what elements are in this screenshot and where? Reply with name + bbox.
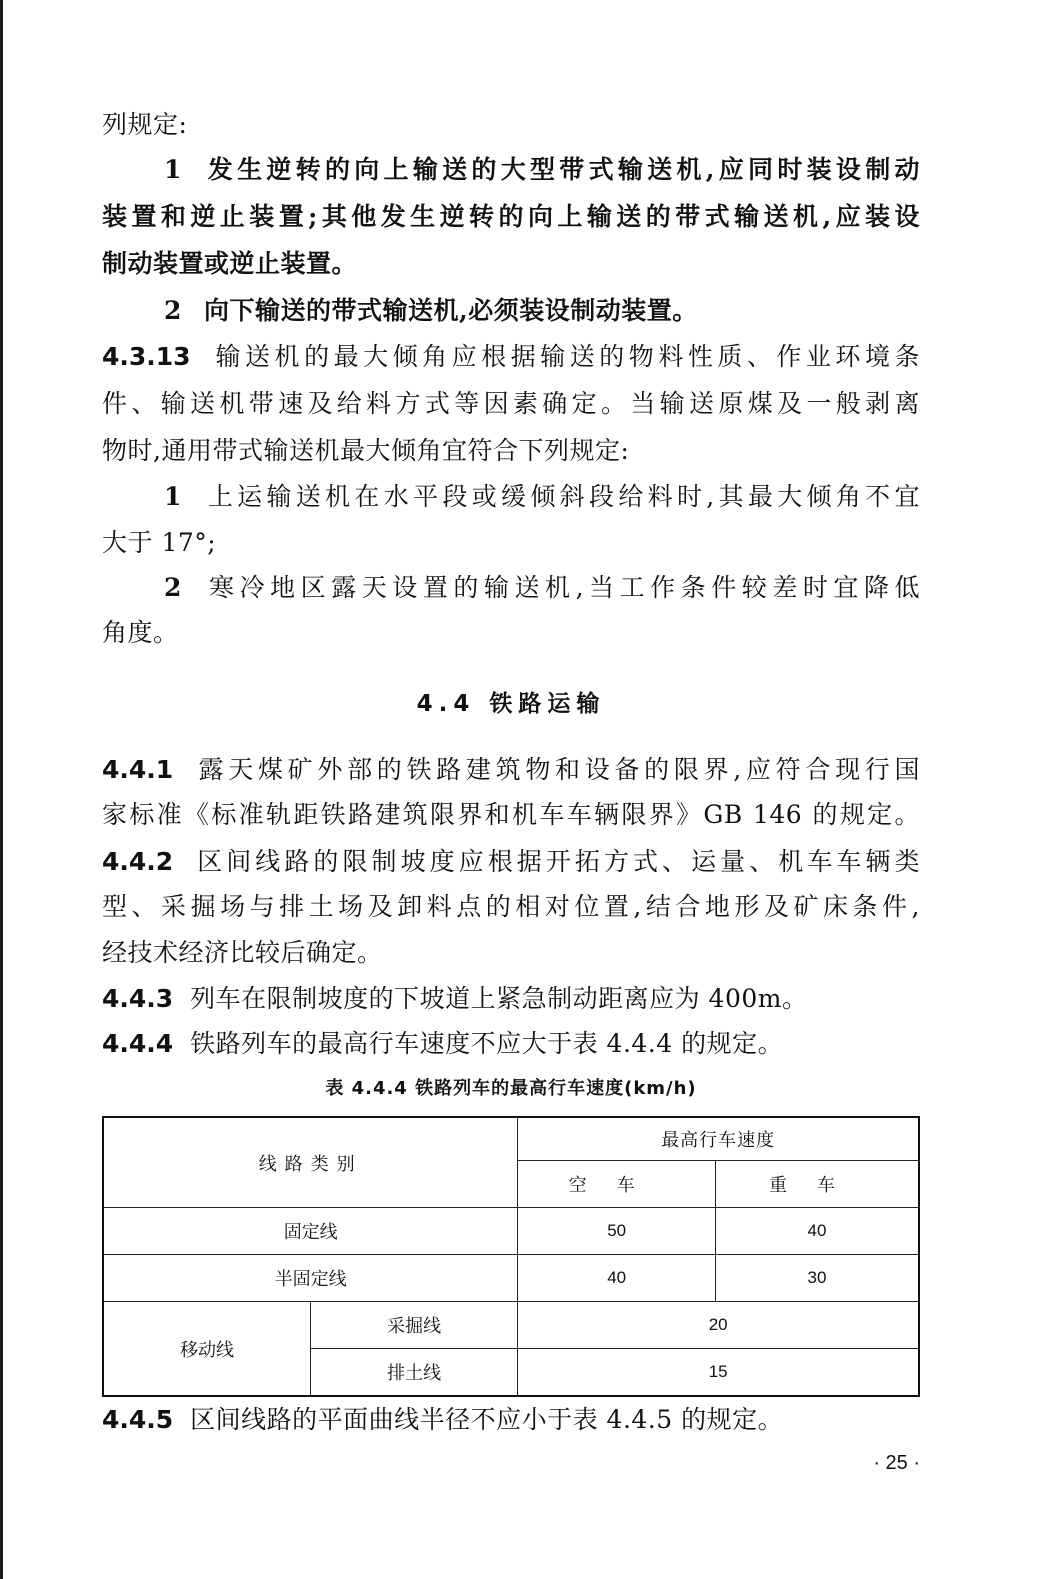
section-heading: 4.4 铁路运输 — [102, 685, 920, 718]
cell-loaded-speed: 40 — [715, 1208, 919, 1255]
cell-loaded-speed: 30 — [715, 1255, 919, 1302]
text-line: 列规定: — [102, 110, 187, 139]
speed-limit-table: 线路类别 最高行车速度 空车 重车 固定线 50 40 半固定线 40 30 移… — [102, 1116, 920, 1397]
item-number: 2 — [164, 573, 204, 603]
row-category: 半固定线 — [103, 1255, 518, 1302]
text-line: 露天煤矿外部的铁路建筑物和设备的限界,应符合现行国 — [199, 755, 920, 784]
cell-speed: 20 — [518, 1302, 919, 1349]
item-number: 2 — [164, 296, 204, 326]
text-line: 大于 17°; — [102, 528, 216, 557]
clause-4-3-13-item-2-cont: 角度。 — [102, 618, 920, 648]
clause-4-3-13-item-2: 2寒冷地区露天设置的输送机,当工作条件较差时宜降低 — [102, 573, 920, 603]
clause-4-4-5: 4.4.5 区间线路的平面曲线半径不应小于表 4.4.5 的规定。 — [102, 1405, 920, 1435]
header-empty-train: 空车 — [518, 1161, 716, 1208]
text-line: 件、输送机带速及给料方式等因素确定。当输送原煤及一般剥离 — [102, 389, 920, 418]
clause-4-4-2-cont: 型、采掘场与排土场及卸料点的相对位置,结合地形及矿床条件, — [102, 892, 920, 922]
header-line-category: 线路类别 — [103, 1117, 518, 1208]
clause-number: 4.4.2 — [102, 847, 173, 876]
text-line: 角度。 — [102, 618, 179, 647]
row-subcategory: 采掘线 — [310, 1302, 517, 1349]
cell-empty-speed: 50 — [518, 1208, 716, 1255]
table-header-row: 线路类别 最高行车速度 — [103, 1117, 919, 1161]
table-row: 移动线 采掘线 20 — [103, 1302, 919, 1349]
text-line: 区间线路的限制坡度应根据开拓方式、运量、机车车辆类 — [197, 847, 920, 876]
clause-number: 4.4.3 — [102, 984, 173, 1013]
text-line: 发生逆转的向上输送的大型带式输送机,应同时装设制动 — [204, 155, 920, 184]
clause-4-3-13-item-1-cont: 大于 17°; — [102, 528, 920, 558]
list-item-1-cont: 制动装置或逆止装置。 — [102, 249, 920, 279]
list-item-2: 2向下输送的带式输送机,必须装设制动装置。 — [102, 296, 920, 326]
clause-number: 4.4.4 — [102, 1029, 173, 1058]
table-row: 半固定线 40 30 — [103, 1255, 919, 1302]
page-number: · 25 · — [102, 1452, 920, 1475]
clause-4-4-4: 4.4.4 铁路列车的最高行车速度不应大于表 4.4.4 的规定。 — [102, 1029, 920, 1059]
table-row: 固定线 50 40 — [103, 1208, 919, 1255]
table-caption: 表 4.4.4 铁路列车的最高行车速度(km/h) — [102, 1074, 920, 1100]
clause-4-3-13-item-1: 1上运输送机在水平段或缓倾斜段给料时,其最大倾角不宜 — [102, 482, 920, 512]
row-category-mobile: 移动线 — [103, 1302, 310, 1397]
row-subcategory: 排土线 — [310, 1349, 517, 1397]
text-line: 经技术经济比较后确定。 — [102, 938, 383, 967]
header-loaded-train: 重车 — [715, 1161, 919, 1208]
cell-speed: 15 — [518, 1349, 919, 1397]
clause-number: 4.4.1 — [102, 755, 173, 784]
row-category: 固定线 — [103, 1208, 518, 1255]
list-item-1: 1发生逆转的向上输送的大型带式输送机,应同时装设制动 — [102, 155, 920, 185]
clause-4-4-2: 4.4.2 区间线路的限制坡度应根据开拓方式、运量、机车车辆类 — [102, 847, 920, 877]
item-number: 1 — [164, 482, 204, 512]
clause-4-4-3: 4.4.3 列车在限制坡度的下坡道上紧急制动距离应为 400m。 — [102, 984, 920, 1014]
text-line: 输送机的最大倾角应根据输送的物料性质、作业环境条 — [216, 342, 920, 371]
text-line: 制动装置或逆止装置。 — [102, 249, 357, 278]
clause-4-4-1: 4.4.1 露天煤矿外部的铁路建筑物和设备的限界,应符合现行国 — [102, 755, 920, 785]
clause-4-4-2-cont: 经技术经济比较后确定。 — [102, 938, 920, 968]
clause-4-3-13-cont: 件、输送机带速及给料方式等因素确定。当输送原煤及一般剥离 — [102, 389, 920, 419]
text-line: 上运输送机在水平段或缓倾斜段给料时,其最大倾角不宜 — [204, 482, 920, 511]
clause-4-4-1-cont: 家标准《标准轨距铁路建筑限界和机车车辆限界》GB 146 的规定。 — [102, 800, 920, 830]
list-item-1-cont: 装置和逆止装置;其他发生逆转的向上输送的带式输送机,应装设 — [102, 202, 920, 232]
text-line: 装置和逆止装置;其他发生逆转的向上输送的带式输送机,应装设 — [102, 202, 920, 231]
text-line: 铁路列车的最高行车速度不应大于表 4.4.4 的规定。 — [190, 1029, 783, 1058]
clause-number: 4.4.5 — [102, 1405, 173, 1434]
clause-4-3-13-cont: 物时,通用带式输送机最大倾角宜符合下列规定: — [102, 436, 920, 466]
header-max-speed: 最高行车速度 — [518, 1117, 919, 1161]
page-left-edge-border — [0, 0, 3, 1579]
text-line: 列车在限制坡度的下坡道上紧急制动距离应为 400m。 — [190, 984, 807, 1013]
text-line: 物时,通用带式输送机最大倾角宜符合下列规定: — [102, 436, 629, 465]
text-line: 家标准《标准轨距铁路建筑限界和机车车辆限界》GB 146 的规定。 — [102, 800, 920, 829]
text-line: 向下输送的带式输送机,必须装设制动装置。 — [204, 296, 698, 325]
text-line: 区间线路的平面曲线半径不应小于表 4.4.5 的规定。 — [190, 1405, 783, 1434]
clause-4-3-13: 4.3.13 输送机的最大倾角应根据输送的物料性质、作业环境条 — [102, 342, 920, 372]
text-line: 寒冷地区露天设置的输送机,当工作条件较差时宜降低 — [204, 573, 920, 602]
item-number: 1 — [164, 155, 204, 185]
text-line: 型、采掘场与排土场及卸料点的相对位置,结合地形及矿床条件, — [102, 892, 920, 921]
cell-empty-speed: 40 — [518, 1255, 716, 1302]
continued-paragraph: 列规定: — [102, 110, 920, 140]
clause-number: 4.3.13 — [102, 342, 191, 371]
